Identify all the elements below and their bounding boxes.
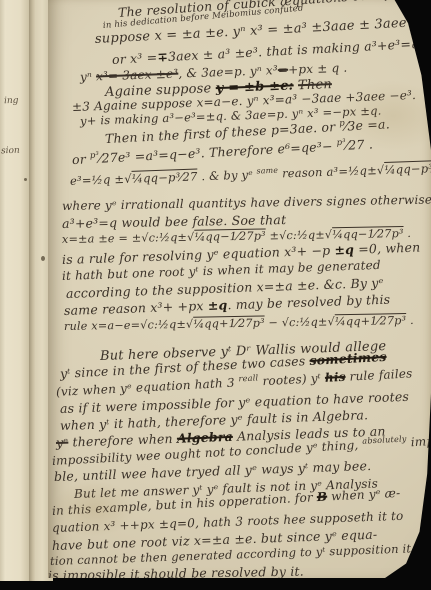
- manuscript-text-segment: yⁿ: [80, 69, 97, 84]
- ink-speck: [41, 256, 45, 261]
- manuscript-text-segment: ±√c:½q±√: [266, 228, 333, 242]
- manuscript-text-segment: ¼qq−1⁄27p³: [194, 229, 266, 243]
- manuscript-photo: ing sion The resolution of cubick æquati…: [0, 0, 431, 590]
- manuscript-line: rule x=a−e=√c:½q±√¼qq+1⁄27p³ − √c:½q±√¼q…: [64, 314, 414, 333]
- manuscript-text-segment: yᵉ: [56, 435, 69, 450]
- manuscript-text-segment: ¼qq+1⁄27p³: [193, 316, 265, 330]
- manuscript-text-segment: =0, when: [354, 239, 421, 256]
- manuscript-text-segment: +px ± q .: [288, 61, 348, 77]
- manuscript-text-segment: a³+e³=q would bee false. Soe that: [62, 212, 286, 231]
- manuscript-text-segment: .: [404, 227, 412, 240]
- manuscript-text-segment: is imposible it should be resolved by it…: [48, 564, 304, 583]
- manuscript-text-segment: . may be resolved by this: [227, 292, 390, 313]
- manuscript-text-segment: ±q: [334, 242, 354, 258]
- manuscript-text-segment: when yᵉ æ-: [327, 486, 401, 504]
- manuscript-text-segment: rule x=a−e=√c:½q±√: [64, 318, 194, 333]
- manuscript-text-segment: , & 3ae=p. yⁿ x³: [178, 63, 278, 80]
- manuscript-text-segment: rootes) yᵗ: [258, 371, 325, 388]
- manuscript-text-segment: ⁄3e =a.: [345, 116, 390, 133]
- manuscript-text-segment: ¼qq−p³⁄27: [384, 161, 431, 177]
- manuscript-text-segment: his: [325, 370, 346, 385]
- manuscript-text-segment: rule failes: [345, 366, 413, 383]
- manuscript-text-segment: x=±a ±e = ±√c:½q±√: [62, 231, 195, 246]
- manuscript-text-segment: reall: [238, 372, 258, 383]
- manuscript-text-segment: e³=½q ±√: [70, 172, 132, 188]
- manuscript-text-segment: ¼qq−1⁄27p³: [332, 227, 404, 241]
- manuscript-line: where yᵉ irrationall quantitys have dive…: [62, 193, 431, 213]
- page-stack-edge-outer: [0, 0, 29, 581]
- manuscript-text-segment: or: [72, 151, 91, 167]
- manuscript-text-segment: sometimes: [309, 349, 387, 368]
- manuscript-text-segment: x³= 3aex ±e³: [96, 67, 179, 84]
- manuscript-text-segment: . & by yᵉ: [197, 167, 257, 183]
- manuscript-text-segment: where yᵉ irrationall quantitys have dive…: [62, 193, 431, 213]
- manuscript-text-segment: impossi: [406, 433, 431, 450]
- manuscript-text-segment: ±q: [208, 297, 228, 313]
- manuscript-text-segment: same: [256, 166, 278, 176]
- ink-speck: [24, 178, 27, 181]
- manuscript-text-segment: or x³ =: [112, 50, 158, 67]
- manuscript-text-segment: ¼qq−p³⁄27: [132, 169, 198, 185]
- manuscript-text-segment: ⁄27 .: [346, 136, 374, 152]
- manuscript-line: a³+e³=q would bee false. Soe that: [62, 212, 286, 231]
- manuscript-text-segment: ¼qq+1⁄27p³: [335, 314, 407, 328]
- manuscript-text-segment: .: [406, 314, 414, 327]
- manuscript-text-segment: − √c:½q±√: [265, 315, 335, 329]
- margin-fragment: ing: [4, 96, 19, 106]
- manuscript-line: is imposible it should be resolved by it…: [48, 564, 304, 583]
- margin-fragment: sion: [1, 146, 20, 157]
- manuscript-text-segment: same reason x³+ +px: [64, 298, 208, 318]
- manuscript-text-segment: reason a³=½q±√: [278, 163, 385, 181]
- manuscript-text-segment: absolutely: [362, 433, 407, 445]
- manuscript-page: The resolution of cubick æquations out o…: [48, 0, 431, 578]
- manuscript-text-segment: B: [316, 490, 327, 505]
